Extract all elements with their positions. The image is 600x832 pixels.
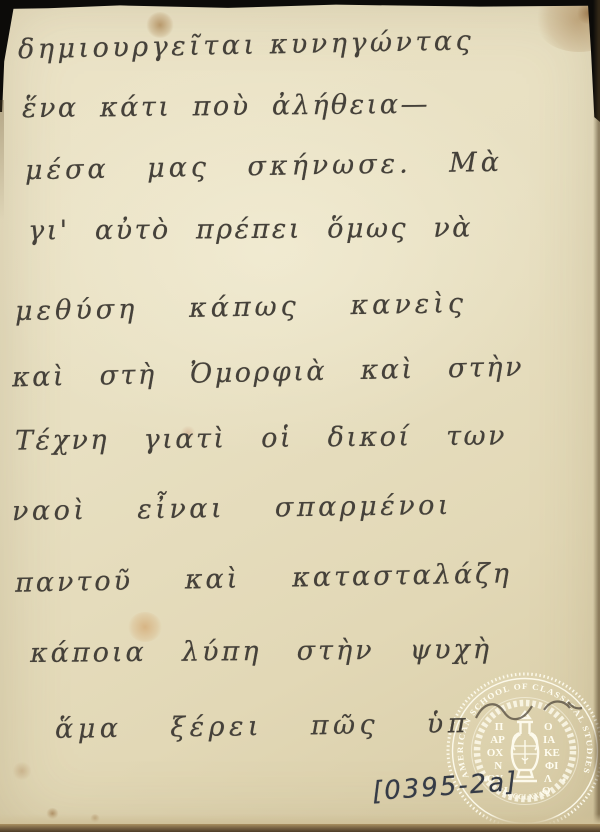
scanned-letter-page: AMERICAN SCHOOL OF CLASSICAL STUDIES AT … [0, 0, 600, 832]
handwriting-line-10: κάποια λύπη στὴν ψυχὴ [30, 636, 492, 667]
scan-edge-left-shadow [0, 100, 4, 220]
handwriting-line-8: ναοὶ εἶναι σπαρμένοι [12, 492, 452, 525]
handwriting-line-7: Τέχνη γιατὶ οἱ δικοί των [15, 422, 507, 454]
scan-edge-bottom [0, 824, 600, 832]
handwriting-line-6: καὶ στὴ Ὀμορφιὰ καὶ στὴν [12, 354, 524, 392]
scan-edge-right [593, 0, 600, 832]
handwriting-line-9: παντοῦ καὶ κατασταλάζη [15, 560, 512, 597]
handwriting-line-5: μεθύση κάπως κανεὶς [15, 290, 467, 325]
seal-dot [562, 778, 565, 781]
paper-stain [12, 762, 32, 780]
handwriting-line-3: μέσα μας σκήνωσε. Μὰ [25, 149, 503, 184]
handwriting-line-4: γι' αὐτὸ πρέπει ὅμως νὰ [28, 214, 473, 244]
ink-strokes-over-seal [472, 688, 592, 740]
handwriting-line-11: ἅμα ξέρει πῶς ὑπ [55, 710, 470, 743]
scan-edge-top-left [0, 0, 15, 112]
scan-edge-top [0, 0, 600, 9]
handwriting-line-1: δημιουργεῖται κυνηγώντας [18, 28, 456, 63]
handwriting-line-2: ἕνα κάτι ποὺ ἀλήθεια— [22, 91, 430, 122]
